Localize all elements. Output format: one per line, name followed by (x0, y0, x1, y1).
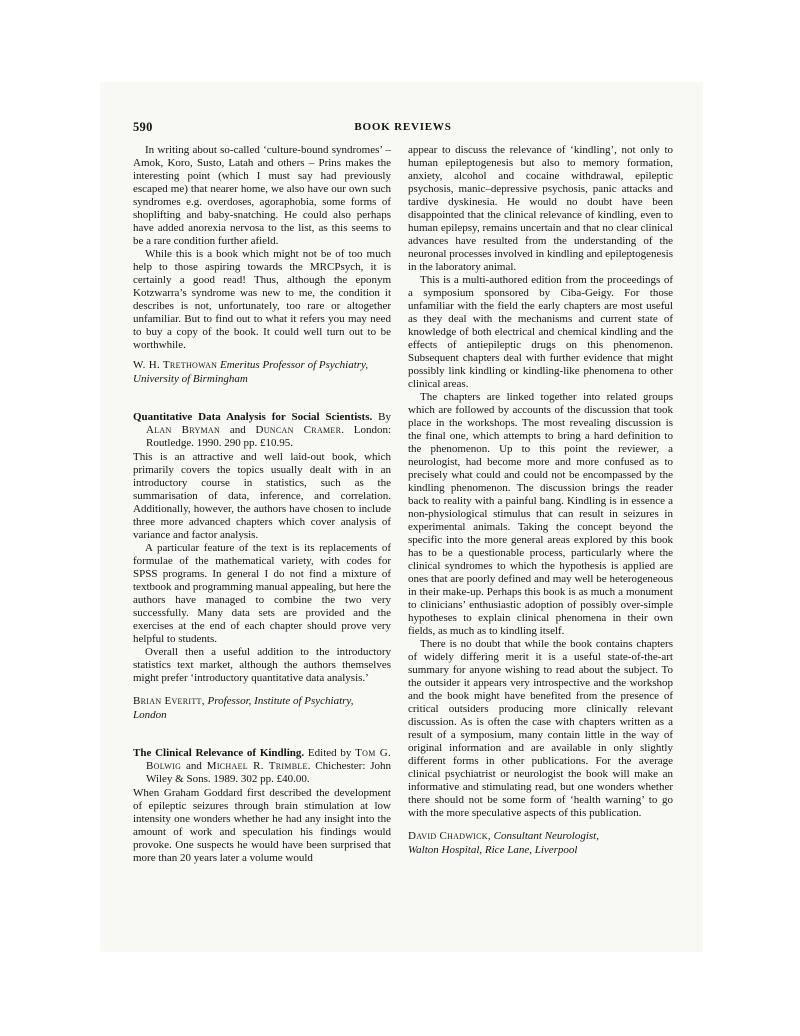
byline-word: By (378, 411, 391, 423)
reviewer-role: Professor, Institute of Psychiatry, (208, 695, 354, 707)
two-column-layout: In writing about so-called ‘culture-boun… (133, 144, 673, 865)
signature-line-2: Walton Hospital, Rice Lane, Liverpool (408, 844, 673, 858)
reviewer-name: Brian Everitt, (133, 695, 205, 707)
book-citation-heading: Quantitative Data Analysis for Social Sc… (133, 411, 391, 450)
signature-line-2: London (133, 709, 391, 723)
review-paragraph: In writing about so-called ‘culture-boun… (133, 144, 391, 248)
scan-background: 590 BOOK REVIEWS In writing about so-cal… (0, 0, 800, 1036)
signature-line-1: W. H. Trethowan Emeritus Professor of Ps… (133, 359, 391, 373)
review-paragraph: appear to discuss the relevance of ‘kind… (408, 144, 673, 274)
book-title: The Clinical Relevance of Kindling. (133, 747, 304, 759)
reviewer-signature: Brian Everitt, Professor, Institute of P… (133, 695, 391, 722)
review-paragraph: The chapters are linked together into re… (408, 391, 673, 638)
review-paragraph: There is no doubt that while the book co… (408, 638, 673, 820)
book-title: Quantitative Data Analysis for Social Sc… (133, 411, 372, 423)
reviewer-name: W. H. Trethowan (133, 359, 217, 371)
signature-line-1: David Chadwick, Consultant Neurologist, (408, 830, 673, 844)
signature-line-1: Brian Everitt, Professor, Institute of P… (133, 695, 391, 709)
review-paragraph: While this is a book which might not be … (133, 248, 391, 352)
book-author: Alan Bryman (146, 424, 220, 436)
book-citation-heading: The Clinical Relevance of Kindling. Edit… (133, 747, 391, 786)
left-column: In writing about so-called ‘culture-boun… (133, 144, 391, 865)
signature-line-2: University of Birmingham (133, 373, 391, 387)
byline-conjunction: and (230, 424, 246, 436)
reviewer-name: David Chadwick, (408, 830, 491, 842)
byline-conjunction: and (186, 760, 202, 772)
running-head-title: BOOK REVIEWS (133, 121, 673, 133)
right-column: appear to discuss the relevance of ‘kind… (408, 144, 673, 865)
book-author: Duncan Cramer (255, 424, 341, 436)
journal-page: 590 BOOK REVIEWS In writing about so-cal… (100, 82, 703, 952)
reviewer-role: Consultant Neurologist, (494, 830, 599, 842)
page-header: 590 BOOK REVIEWS (133, 120, 673, 135)
page-content: 590 BOOK REVIEWS In writing about so-cal… (100, 82, 703, 865)
review-paragraph: Overall then a useful addition to the in… (133, 646, 391, 685)
review-paragraph: When Graham Goddard first described the … (133, 787, 391, 865)
reviewer-signature: David Chadwick, Consultant Neurologist, … (408, 830, 673, 857)
review-paragraph: This is a multi-authored edition from th… (408, 274, 673, 391)
reviewer-signature: W. H. Trethowan Emeritus Professor of Ps… (133, 359, 391, 386)
book-author: Michael R. Trimble (207, 760, 308, 772)
review-paragraph: A particular feature of the text is its … (133, 542, 391, 646)
reviewer-role: Emeritus Professor of Psychiatry, (220, 359, 368, 371)
review-paragraph: This is an attractive and well laid-out … (133, 451, 391, 542)
byline-word: Edited by (308, 747, 351, 759)
